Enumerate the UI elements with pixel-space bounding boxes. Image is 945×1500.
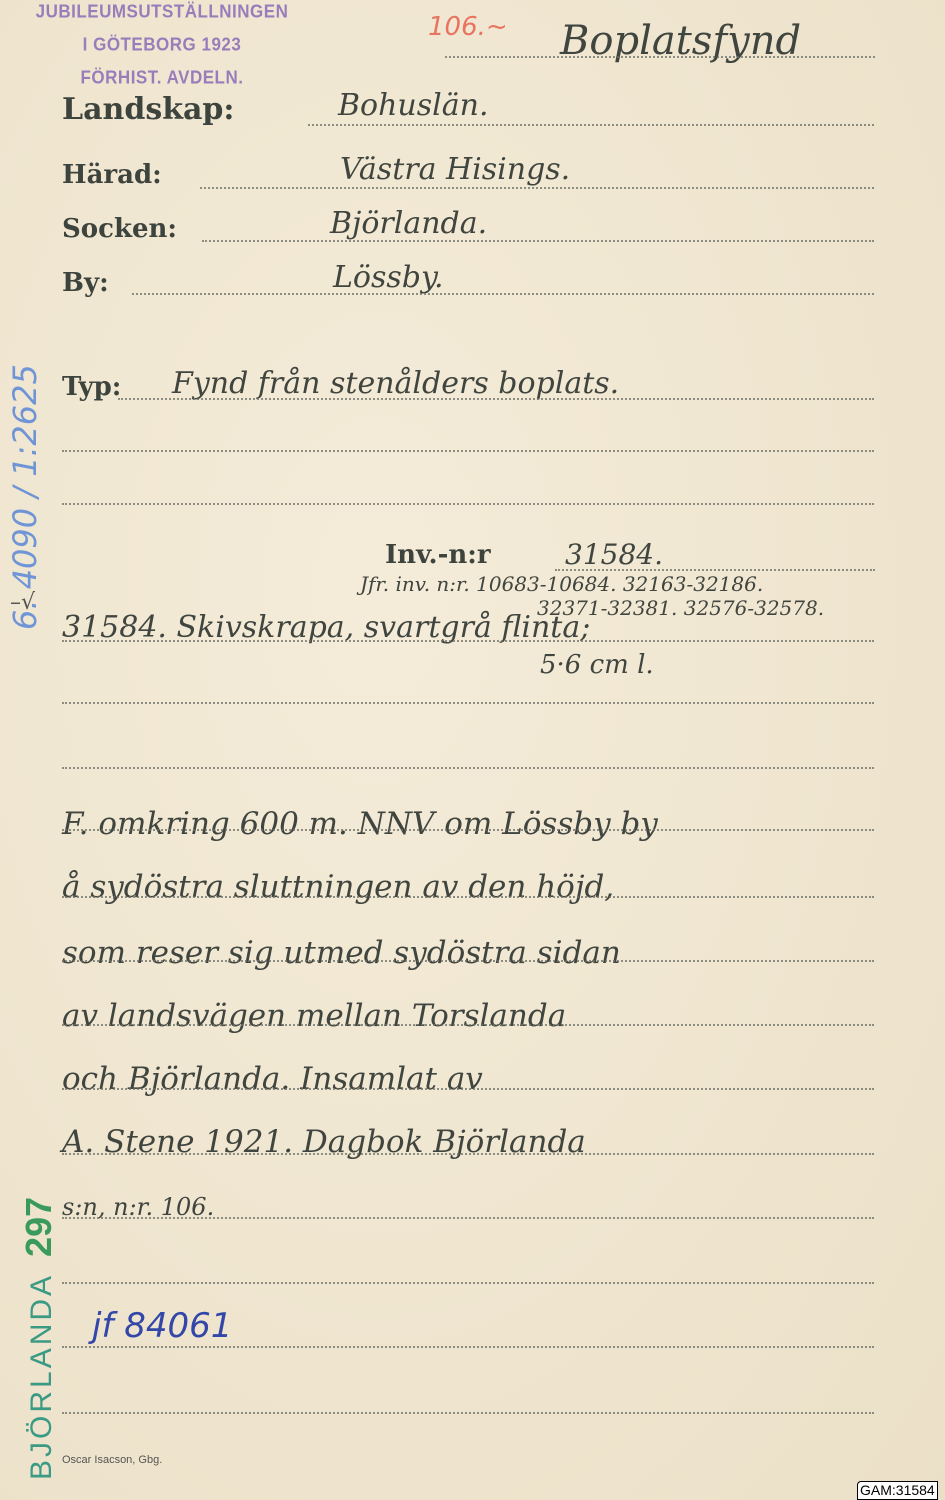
item-dotted-line [62,640,874,642]
harad-label: Härad: [62,160,162,190]
description-line-3: som reser sig utmed sydöstra sidan [62,935,621,971]
socken-label: Socken: [62,214,177,244]
bottom-reference: jf 84061 [92,1306,232,1346]
item-measure: 5·6 cm l. [540,650,654,680]
typ-value: Fynd från stenålders boplats. [172,366,619,401]
landskap-dotted-line [308,124,874,126]
reference-dotted-line [62,1346,874,1348]
exhibition-stamp: JUBILEUMSUTSTÄLLNINGEN I GÖTEBORG 1923 F… [32,0,292,95]
printer-imprint: Oscar Isacson, Gbg. [62,1454,162,1466]
blank-dotted-line-5 [62,1282,874,1284]
description-line-4: av landsvägen mellan Torslanda [62,998,566,1034]
desc-dotted-1 [62,829,874,831]
blank-dotted-line-6 [62,1412,874,1414]
parish-stamp: BJÖRLANDA297 [18,1197,60,1480]
desc-dotted-7 [62,1217,874,1219]
blank-dotted-line-4 [62,767,874,769]
blank-dotted-line-3 [62,702,874,704]
category-dotted-line [445,56,875,58]
inventory-number: 31584. [565,538,663,571]
landskap-label: Landskap: [62,92,235,127]
parish-number: 297 [18,1197,59,1257]
description-line-5: och Björlanda. Insamlat av [62,1061,483,1097]
desc-dotted-2 [62,896,874,898]
stamp-line-1: JUBILEUMSUTSTÄLLNINGEN [32,0,292,29]
typ-label: Typ: [62,372,121,402]
blank-dotted-line-1 [62,450,874,452]
harad-value: Västra Hisings. [340,152,570,187]
desc-dotted-4 [62,1024,874,1026]
red-page-note: 106.~ [428,12,508,42]
by-label: By: [62,268,109,298]
description-line-1: F. omkring 600 m. NNV om Lössby by [62,806,658,842]
socken-dotted-line [202,240,874,242]
desc-dotted-3 [62,960,874,962]
check-mark-icon: –√ [10,590,35,615]
description-line-2: å sydöstra sluttningen av den höjd, [62,869,614,905]
parish-name: BJÖRLANDA [25,1273,58,1480]
socken-value: Björlanda. [330,206,487,241]
stamp-line-2: I GÖTEBORG 1923 [32,29,292,62]
reference-line-1: Jfr. inv. n:r. 10683-10684. 32163-32186. [360,572,763,596]
typ-dotted-line [118,398,874,400]
inventory-label: Inv.-n:r [385,540,491,570]
harad-dotted-line [200,187,874,189]
stamp-line-3: FÖRHIST. AVDELN. [32,62,292,95]
blank-dotted-line-2 [62,503,874,505]
by-dotted-line [132,293,874,295]
by-value: Lössby. [333,260,443,295]
desc-dotted-6 [62,1153,874,1155]
desc-dotted-5 [62,1088,874,1090]
landskap-value: Bohuslän. [338,88,488,123]
catalog-id-label: GAM:31584 [857,1481,938,1500]
inventory-dotted-line [555,569,875,571]
